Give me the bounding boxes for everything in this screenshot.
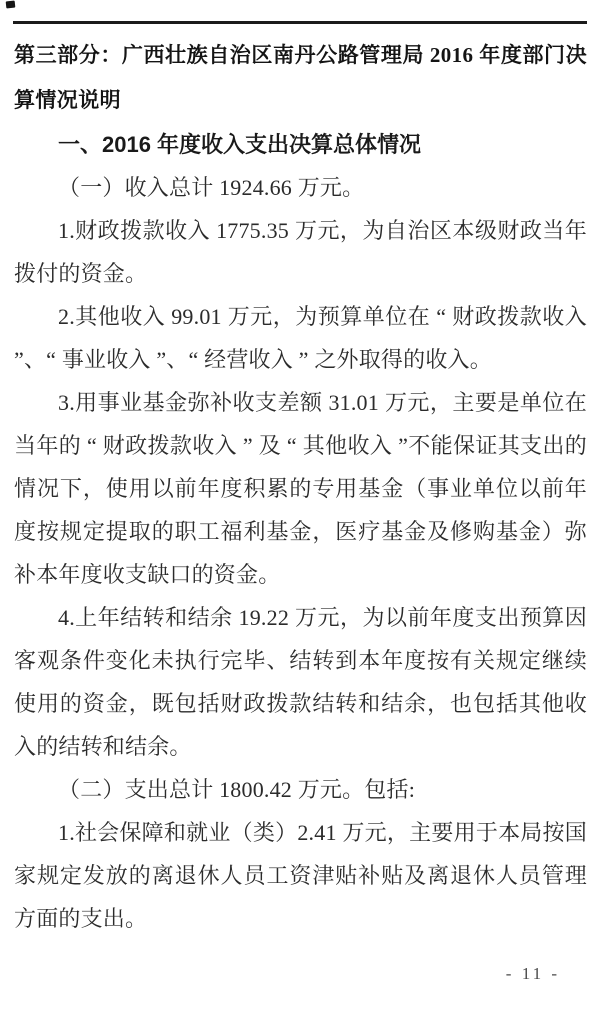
paragraph-carryover-balance: 4.上年结转和结余 19.22 万元，为以前年度支出预算因客观条件变化未执行完毕… bbox=[14, 596, 587, 768]
paragraph-income-total: （一）收入总计 1924.66 万元。 bbox=[14, 166, 587, 209]
document-page: 第三部分：广西壮族自治区南丹公路管理局 2016 年度部门决算情况说明 一、20… bbox=[0, 0, 600, 1009]
scan-artifact-mark bbox=[6, 1, 16, 9]
paragraph-other-income: 2.其他收入 99.01 万元，为预算单位在 “ 财政拨款收入 ”、“ 事业收入… bbox=[14, 295, 587, 381]
paragraph-fund-deficit-subsidy: 3.用事业基金弥补收支差额 31.01 万元，主要是单位在当年的 “ 财政拨款收… bbox=[14, 381, 587, 596]
document-title: 第三部分：广西壮族自治区南丹公路管理局 2016 年度部门决算情况说明 bbox=[14, 33, 587, 123]
document-body: 第三部分：广西壮族自治区南丹公路管理局 2016 年度部门决算情况说明 一、20… bbox=[14, 33, 587, 940]
header-rule bbox=[13, 21, 587, 24]
paragraph-social-security-expense: 1.社会保障和就业（类）2.41 万元，主要用于本局按国家规定发放的离退休人员工… bbox=[14, 811, 587, 940]
paragraph-fiscal-allocation-income: 1.财政拨款收入 1775.35 万元，为自治区本级财政当年拨付的资金。 bbox=[14, 209, 587, 295]
paragraph-expenditure-total: （二）支出总计 1800.42 万元。包括: bbox=[14, 768, 587, 811]
section-heading: 一、2016 年度收入支出决算总体情况 bbox=[14, 123, 587, 166]
page-number: - 11 - bbox=[506, 964, 560, 984]
